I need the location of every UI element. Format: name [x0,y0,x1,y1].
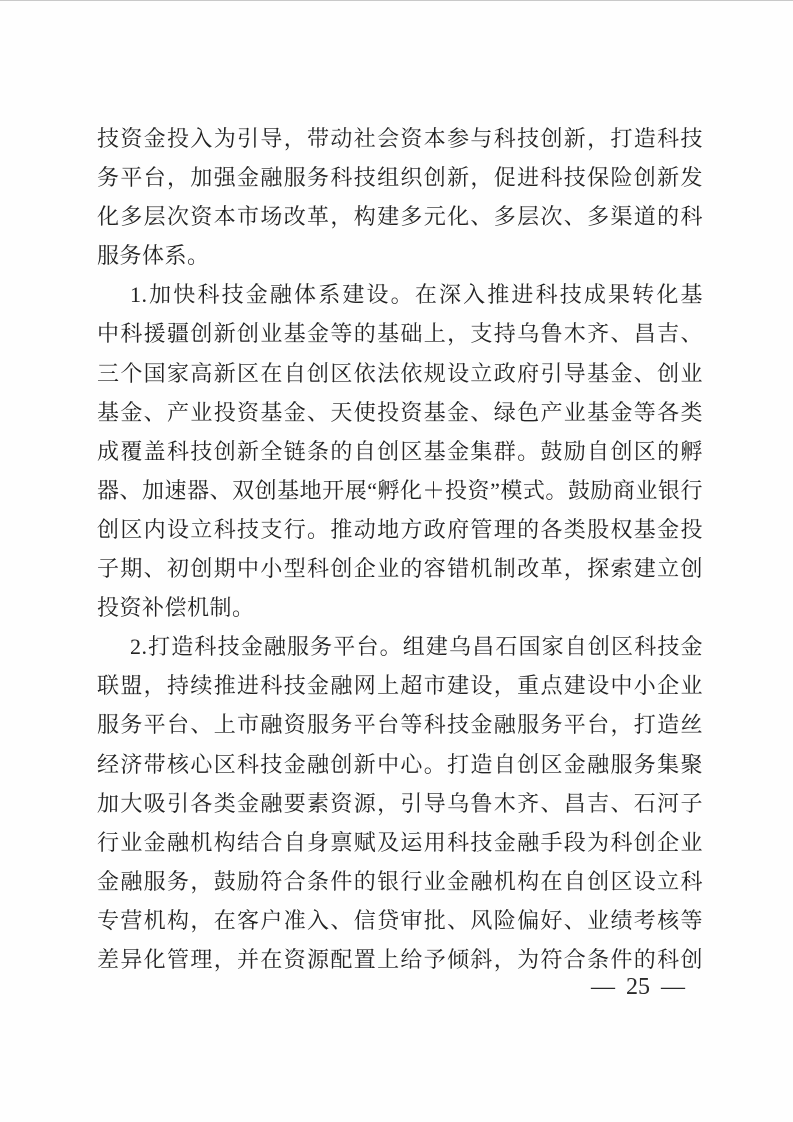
text-line: 服务平台、上市融资服务平台等科技金融服务平台，打造丝绸之路 [97,705,703,744]
text-line: 务平台，加强金融服务科技组织创新，促进科技保险创新发展，深 [97,158,703,197]
page-footer: — 25 — [588,973,688,1001]
text-line: 加大吸引各类金融要素资源，引导乌鲁木齐、昌吉、石河子辖区的银 [97,784,703,823]
text-line: 1.加快科技金融体系建设。在深入推进科技成果转化基金、 [97,275,703,314]
text-line: 基金、产业投资基金、天使投资基金、绿色产业基金等各类基金，形 [97,393,703,432]
text-line: 器、加速器、双创基地开展“孵化＋投资”模式。鼓励商业银行在自 [97,471,703,510]
text-line: 2.打造科技金融服务平台。组建乌昌石国家自创区科技金融 [97,627,703,666]
footer-dash-right: — [661,973,685,1001]
page-number: 25 [626,973,650,1001]
text-line: 中科援疆创新创业基金等的基础上，支持乌鲁木齐、昌吉、石河子 [97,314,703,353]
footer-dash-left: — [591,973,615,1001]
text-line: 经济带核心区科技金融创新中心。打造自创区金融服务集聚平台， [97,745,703,784]
text-line: 服务体系。 [97,236,703,275]
text-line: 专营机构，在客户准入、信贷审批、风险偏好、业绩考核等方面实施 [97,901,703,940]
text-line: 行业金融机构结合自身禀赋及运用科技金融手段为科创企业做好 [97,823,703,862]
document-page: 技资金投入为引导，带动社会资本参与科技创新，打造科技金融服 务平台，加强金融服务… [0,0,793,1122]
text-line: 子期、初创期中小型科创企业的容错机制改革，探索建立创业风险 [97,549,703,588]
text-line: 成覆盖科技创新全链条的自创区基金集群。鼓励自创区的孵化 [97,432,703,471]
document-body: 技资金投入为引导，带动社会资本参与科技创新，打造科技金融服 务平台，加强金融服务… [97,119,703,979]
text-line: 金融服务，鼓励符合条件的银行业金融机构在自创区设立科技金融 [97,862,703,901]
text-line: 技资金投入为引导，带动社会资本参与科技创新，打造科技金融服 [97,119,703,158]
text-line: 联盟，持续推进科技金融网上超市建设，重点建设中小企业投融资 [97,666,703,705]
text-line: 三个国家高新区在自创区依法依规设立政府引导基金、创业投资 [97,354,703,393]
text-line: 创区内设立科技支行。推动地方政府管理的各类股权基金投向种 [97,510,703,549]
text-line: 投资补偿机制。 [97,588,703,627]
text-line: 化多层次资本市场改革，构建多元化、多层次、多渠道的科技金融 [97,197,703,236]
